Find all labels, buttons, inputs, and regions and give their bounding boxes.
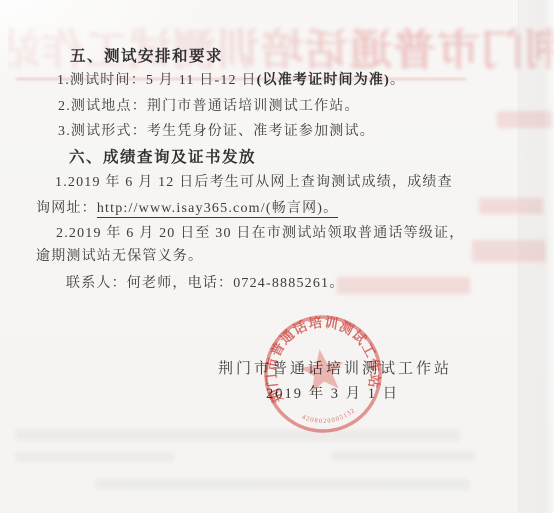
section5-item1-suffix: 。 [390, 73, 405, 88]
bleed-through-smudge-gray [95, 479, 470, 490]
bleed-through-smudge-gray [15, 452, 175, 462]
section6-heading: 六、成绩查询及证书发放 [69, 145, 256, 167]
scanned-document-page: 荆门市普通话培训测试工作站 五、测试安排和要求 1.测试时间：5 月 11 日-… [0, 0, 554, 513]
contact-line: 联系人：何老师，电话：0724-8885261。 [66, 272, 344, 292]
signature-date: 2019 年 3 月 1 日 [266, 382, 399, 403]
section6-item2-line2: 逾期测试站无保管义务。 [36, 245, 203, 265]
section6-item1-line2: 询网址：http://www.isay365.com/(畅言网)。 [36, 197, 338, 217]
results-url: http://www.isay365.com/(畅言网)。 [97, 201, 339, 218]
section5-heading: 五、测试安排和要求 [70, 44, 223, 66]
bleed-through-smudge [337, 277, 470, 294]
section6-item1-line1: 1.2019 年 6 月 12 日后考生可从网上查询测试成绩，成绩查 [55, 171, 453, 191]
signature-org: 荆门市普通话培训测试工作站 [218, 357, 452, 378]
section5-item1-prefix: 1.测试时间：5 月 11 日-12 日 [57, 73, 257, 88]
page-edge-shadow [518, 0, 554, 513]
section6-item2-line1: 2.2019 年 6 月 20 日至 30 日在市测试站领取普通话等级证， [56, 222, 464, 242]
seal-serial-number: 4208020005132 [300, 406, 358, 428]
section6-item1-line2-prefix: 询网址： [36, 201, 97, 216]
section5-item1-emphasis: (以准考证时间为准) [257, 73, 390, 88]
section5-item3: 3.测试形式：考生凭身份证、准考证参加测试。 [58, 120, 375, 140]
bleed-through-smudge-gray [15, 429, 460, 441]
section5-item2: 2.测试地点：荆门市普通话培训测试工作站。 [58, 95, 360, 115]
section5-item1: 1.测试时间：5 月 11 日-12 日(以准考证时间为准)。 [57, 69, 405, 89]
bleed-through-smudge-gray [330, 451, 475, 461]
